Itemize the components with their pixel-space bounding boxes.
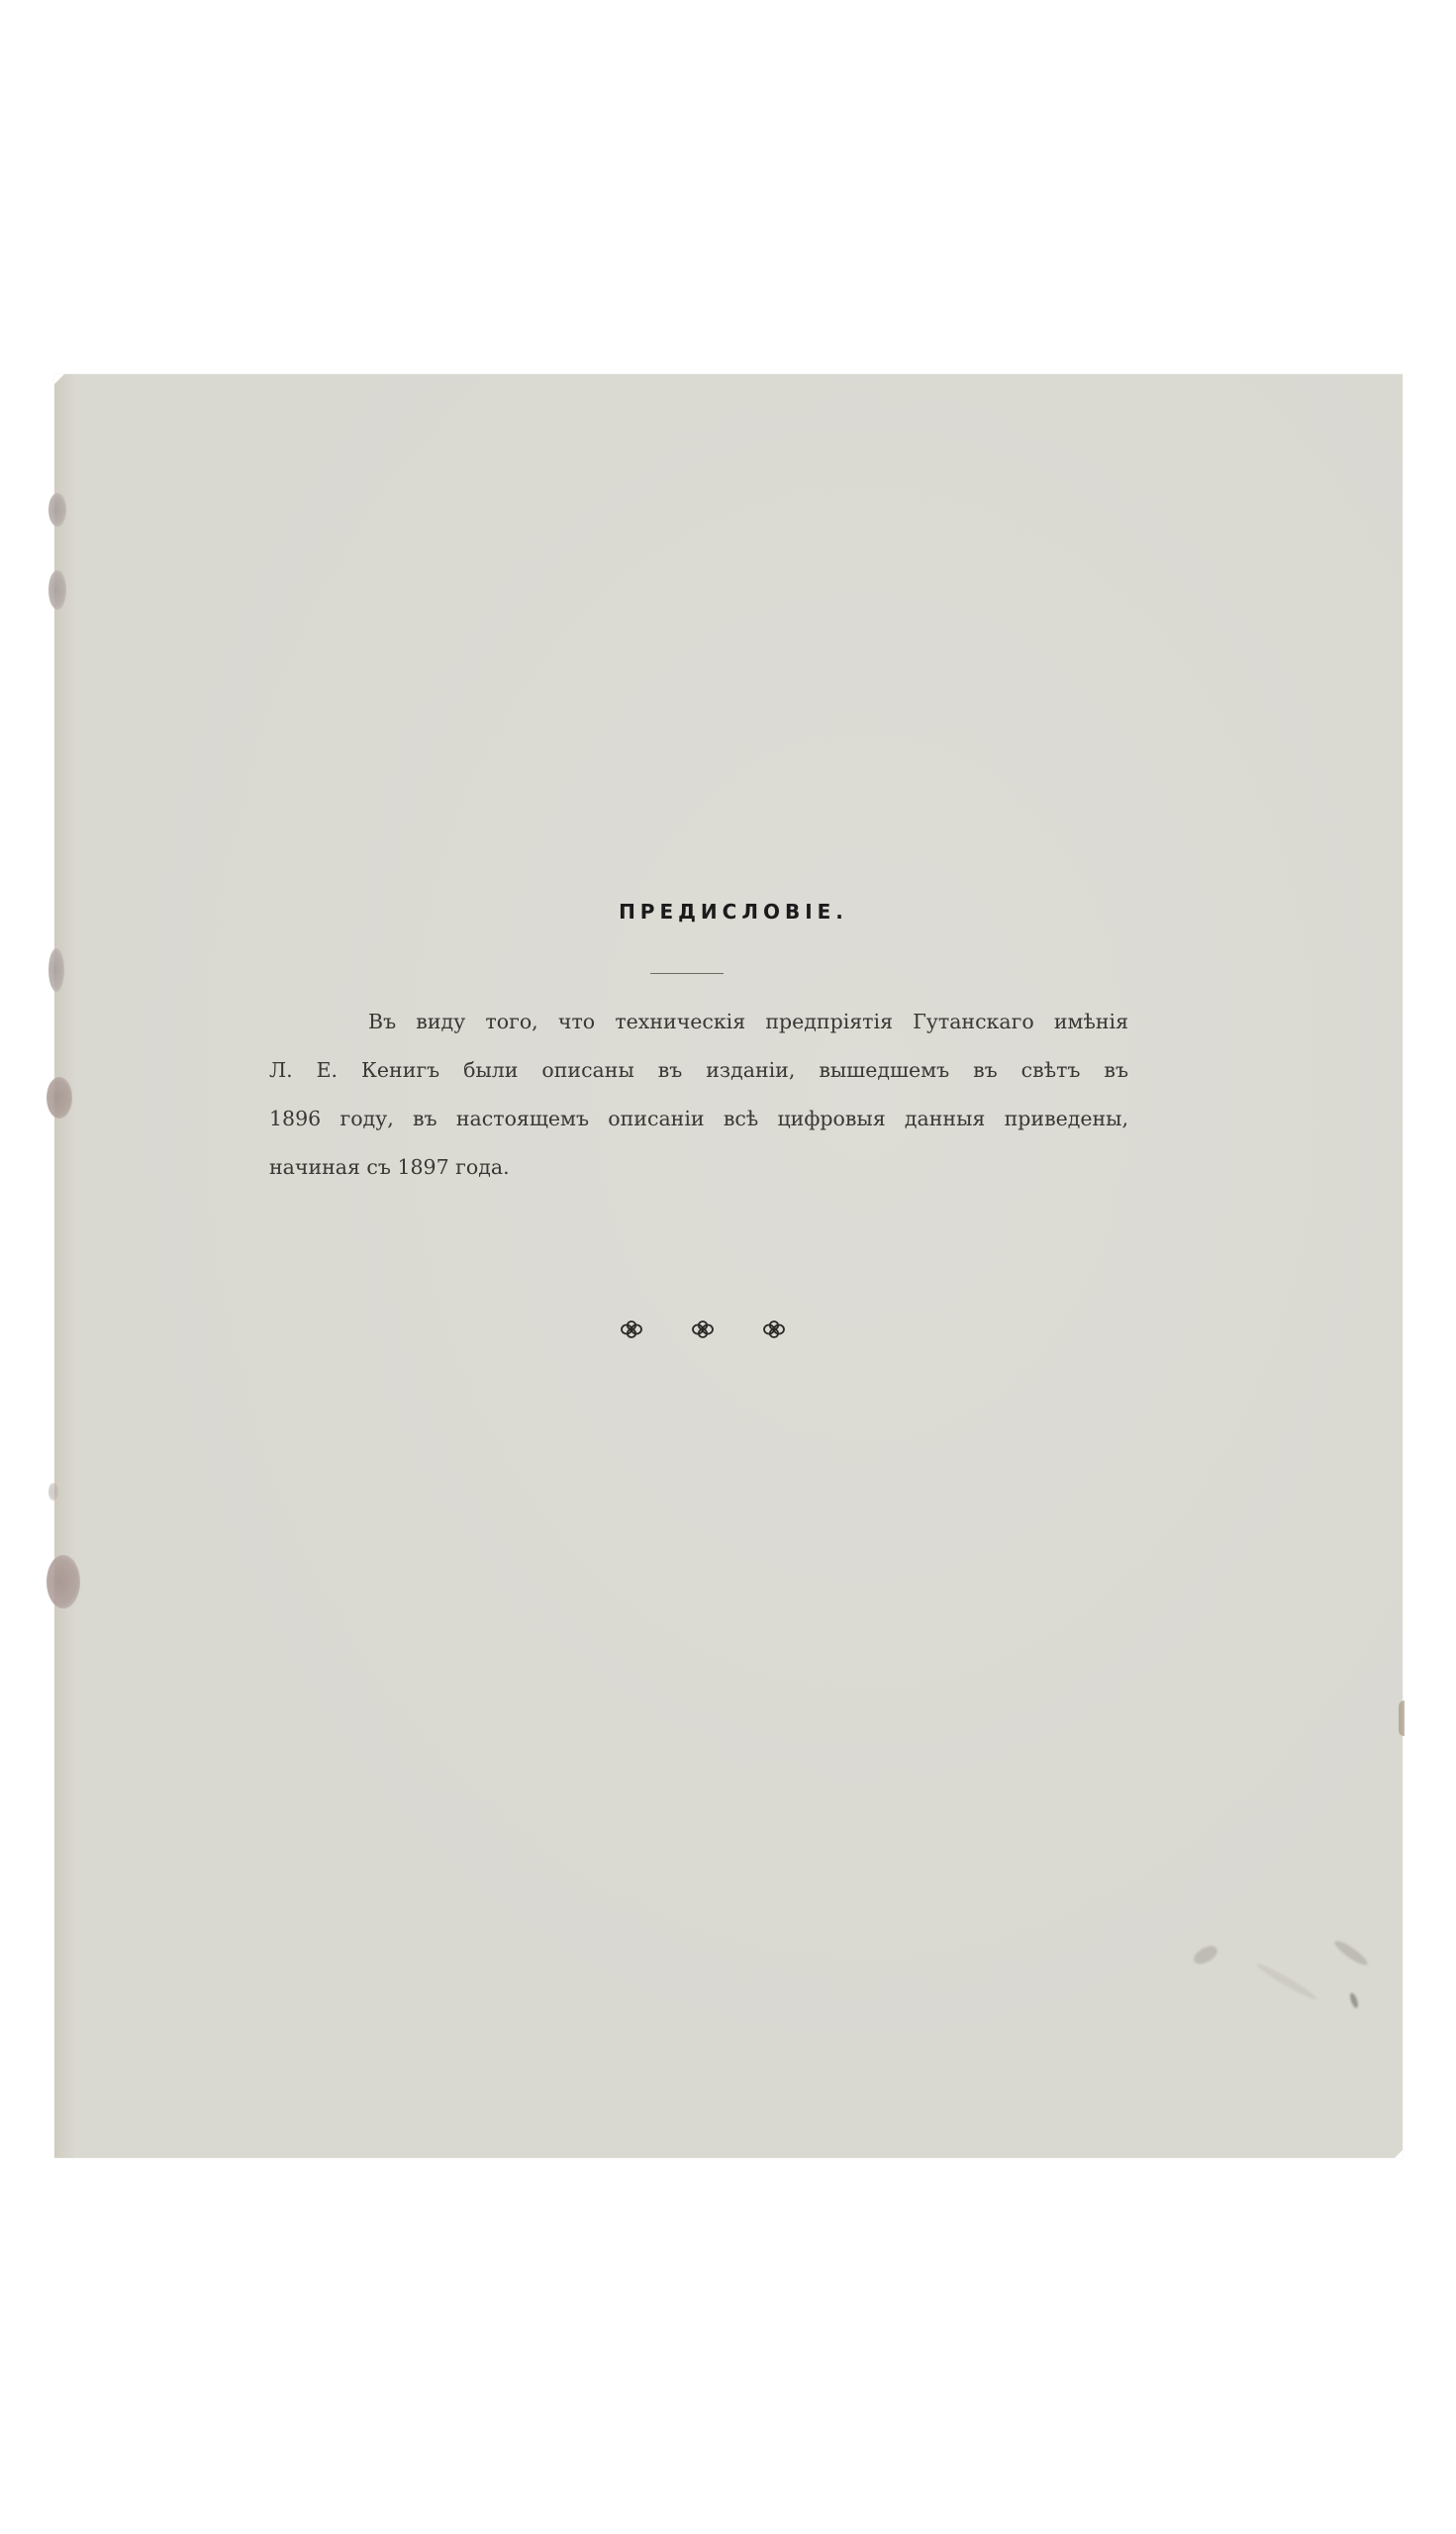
paper-scuff bbox=[1348, 1992, 1359, 2008]
binding-stain bbox=[49, 1483, 58, 1501]
book-page: ПРЕДИСЛОВІЕ. Въ виду того, что техническ… bbox=[54, 374, 1403, 2158]
title-rule bbox=[650, 973, 724, 974]
quatrefoil-icon bbox=[761, 1319, 787, 1339]
binding-stain bbox=[49, 570, 66, 610]
paper-scuff bbox=[1332, 1937, 1371, 1968]
page-corner bbox=[1395, 2150, 1403, 2158]
paragraph-line: 1896 году, въ настоящемъ описаніи всѣ ци… bbox=[269, 1095, 1128, 1143]
preface-paragraph: Въ виду того, что техническія предпріяті… bbox=[269, 998, 1128, 1192]
quatrefoil-icon bbox=[619, 1319, 644, 1339]
binding-stain bbox=[49, 493, 66, 527]
paragraph-line: начиная съ 1897 года. bbox=[269, 1143, 1128, 1192]
ornament-row bbox=[619, 1319, 787, 1339]
quatrefoil-icon bbox=[690, 1319, 716, 1339]
edge-mark bbox=[1399, 1701, 1405, 1736]
paper-scuff bbox=[1191, 1942, 1220, 1967]
paragraph-line: Л. Е. Кенигъ были описаны въ изданіи, вы… bbox=[269, 1046, 1128, 1095]
page-corner bbox=[54, 374, 64, 384]
paragraph-line: Въ виду того, что техническія предпріяті… bbox=[269, 998, 1128, 1046]
binding-stain bbox=[47, 1077, 72, 1119]
binding-stain bbox=[47, 1555, 80, 1608]
paper-scuff bbox=[1255, 1961, 1319, 2002]
binding-stain bbox=[49, 948, 64, 992]
page-title: ПРЕДИСЛОВІЕ. bbox=[54, 900, 1403, 924]
